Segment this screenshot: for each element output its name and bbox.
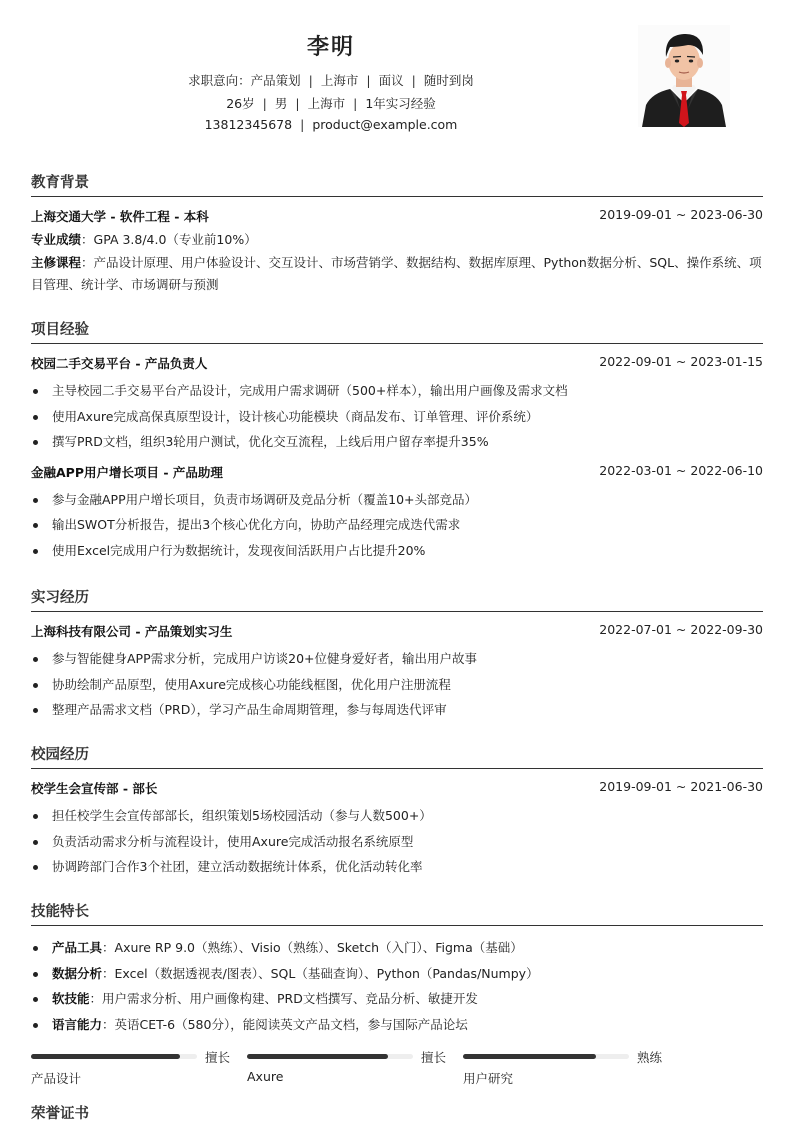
list-item: 数据分析：Excel（数据透视表/图表）、SQL（基础查询）、Python（Pa… (31, 961, 763, 987)
section-title-education: 教育背景 (31, 173, 763, 197)
list-item: 担任校学生会宣传部部长，组织策划5场校园活动（参与人数500+） (31, 803, 763, 829)
avatar (638, 25, 730, 127)
skill-label: 语言能力 (52, 1017, 102, 1032)
campus-entry-head: 校学生会宣传部 - 部长 2019-09-01 ~ 2021-06-30 (31, 779, 763, 799)
list-item: 输出SWOT分析报告，提出3个核心优化方向，协助产品经理完成迭代需求 (31, 512, 763, 538)
project-date: 2022-09-01 ~ 2023-01-15 (599, 354, 763, 369)
internship-date: 2022-07-01 ~ 2022-09-30 (599, 622, 763, 637)
divider: | (366, 73, 370, 88)
divider: | (353, 96, 357, 111)
list-item: 协助绘制产品原型，使用Axure完成核心功能线框图，优化用户注册流程 (31, 672, 763, 698)
skill-bar-fill (247, 1054, 388, 1059)
contact-line: 13812345678|product@example.com (0, 117, 662, 132)
skill-bar-user-research: 熟练 用户研究 (463, 1049, 663, 1089)
list-item: 整理产品需求文档（PRD），学习产品生命周期管理，参与每周迭代评审 (31, 697, 763, 723)
campus-bullets: 担任校学生会宣传部部长，组织策划5场校园活动（参与人数500+） 负责活动需求分… (31, 803, 763, 880)
divider: | (412, 73, 416, 88)
section-title-campus: 校园经历 (31, 745, 763, 769)
phone: 13812345678 (205, 117, 292, 132)
courses-row: 主修课程：产品设计原理、用户体验设计、交互设计、市场营销学、数据结构、数据库原理… (31, 252, 763, 296)
section-title-projects: 项目经验 (31, 320, 763, 344)
skill-label: 数据分析 (52, 966, 102, 981)
list-item: 使用Axure完成高保真原型设计，设计核心功能模块（商品发布、订单管理、评价系统… (31, 404, 763, 430)
list-item: 主导校园二手交易平台产品设计，完成用户需求调研（500+样本），输出用户画像及需… (31, 378, 763, 404)
project-title: 校园二手交易平台 - 产品负责人 (31, 356, 207, 371)
education-entry-head: 上海交通大学 - 软件工程 - 本科 2019-09-01 ~ 2023-06-… (31, 207, 763, 227)
list-item: 使用Excel完成用户行为数据统计，发现夜间活跃用户占比提升20% (31, 538, 763, 564)
city: 上海市 (308, 96, 346, 111)
school-title: 上海交通大学 - 软件工程 - 本科 (31, 209, 209, 224)
project-date: 2022-03-01 ~ 2022-06-10 (599, 463, 763, 478)
skill-bar-axure: 擅长 Axure (247, 1049, 447, 1089)
email[interactable]: product@example.com (312, 117, 457, 132)
skill-name: 用户研究 (463, 1069, 513, 1087)
skill-label: 软技能 (52, 991, 90, 1006)
skill-level: 擅长 (205, 1048, 230, 1066)
personal-info-line: 26岁|男|上海市|1年实习经验 (0, 94, 662, 112)
skill-value: ：Excel（数据透视表/图表）、SQL（基础查询）、Python（Pandas… (102, 966, 539, 981)
section-title-internship: 实习经历 (31, 588, 763, 612)
skill-bar-track (247, 1054, 413, 1059)
age: 26岁 (226, 96, 254, 111)
section-title-skills: 技能特长 (31, 902, 763, 926)
education-section: 教育背景 上海交通大学 - 软件工程 - 本科 2019-09-01 ~ 202… (31, 173, 763, 296)
job-intent-line: 求职意向：产品策划|上海市|面议|随时到岗 (0, 71, 662, 89)
avatar-photo-icon (638, 25, 730, 127)
section-title-honors: 荣誉证书 (31, 1104, 763, 1123)
skill-level: 擅长 (421, 1048, 446, 1066)
internship-section: 实习经历 上海科技有限公司 - 产品策划实习生 2022-07-01 ~ 202… (31, 588, 763, 723)
internship-bullets: 参与智能健身APP需求分析，完成用户访谈20+位健身爱好者，输出用户故事 协助绘… (31, 646, 763, 723)
gpa-label: 专业成绩 (31, 232, 81, 247)
intent-city: 上海市 (321, 73, 359, 88)
candidate-name: 李明 (0, 30, 662, 61)
project-title: 金融APP用户增长项目 - 产品助理 (31, 465, 223, 480)
intent-availability: 随时到岗 (424, 73, 474, 88)
list-item: 语言能力：英语CET-6（580分），能阅读英文产品文档，参与国际产品论坛 (31, 1012, 763, 1038)
campus-date: 2019-09-01 ~ 2021-06-30 (599, 779, 763, 794)
skills-bullets: 产品工具：Axure RP 9.0（熟练）、Visio（熟练）、Sketch（入… (31, 935, 763, 1037)
divider: | (300, 117, 304, 132)
skill-bar-product-design: 擅长 产品设计 (31, 1049, 231, 1089)
internship-entry-head: 上海科技有限公司 - 产品策划实习生 2022-07-01 ~ 2022-09-… (31, 622, 763, 642)
campus-title: 校学生会宣传部 - 部长 (31, 781, 157, 796)
resume-header: 李明 求职意向：产品策划|上海市|面议|随时到岗 26岁|男|上海市|1年实习经… (0, 0, 794, 150)
project-entry-head: 金融APP用户增长项目 - 产品助理 2022-03-01 ~ 2022-06-… (31, 463, 763, 483)
skill-bars: 擅长 产品设计 擅长 Axure 熟练 用户研究 (31, 1049, 763, 1089)
education-date: 2019-09-01 ~ 2023-06-30 (599, 207, 763, 222)
skill-bar-fill (463, 1054, 596, 1059)
intent-salary: 面议 (379, 73, 404, 88)
skill-label: 产品工具 (52, 940, 102, 955)
skill-bar-track (463, 1054, 629, 1059)
list-item: 协调跨部门合作3个社团，建立活动数据统计体系，优化活动转化率 (31, 854, 763, 880)
skills-section: 技能特长 产品工具：Axure RP 9.0（熟练）、Visio（熟练）、Ske… (31, 902, 763, 1037)
courses-value: ：产品设计原理、用户体验设计、交互设计、市场营销学、数据结构、数据库原理、Pyt… (31, 255, 762, 292)
skill-bar-track (31, 1054, 197, 1059)
project-entry-head: 校园二手交易平台 - 产品负责人 2022-09-01 ~ 2023-01-15 (31, 354, 763, 374)
internship-title: 上海科技有限公司 - 产品策划实习生 (31, 624, 232, 639)
experience: 1年实习经验 (365, 96, 435, 111)
gpa-value: ：GPA 3.8/4.0（专业前10%） (81, 232, 257, 247)
skill-name: Axure (247, 1069, 283, 1084)
divider: | (309, 73, 313, 88)
skill-value: ：用户需求分析、用户画像构建、PRD文档撰写、竞品分析、敏捷开发 (90, 991, 478, 1006)
list-item: 产品工具：Axure RP 9.0（熟练）、Visio（熟练）、Sketch（入… (31, 935, 763, 961)
list-item: 软技能：用户需求分析、用户画像构建、PRD文档撰写、竞品分析、敏捷开发 (31, 986, 763, 1012)
list-item: 参与金融APP用户增长项目，负责市场调研及竞品分析（覆盖10+头部竞品） (31, 487, 763, 513)
courses-label: 主修课程 (31, 255, 81, 270)
divider: | (263, 96, 267, 111)
project-bullets: 参与金融APP用户增长项目，负责市场调研及竞品分析（覆盖10+头部竞品） 输出S… (31, 487, 763, 564)
list-item: 参与智能健身APP需求分析，完成用户访谈20+位健身爱好者，输出用户故事 (31, 646, 763, 672)
job-intent: 求职意向：产品策划 (188, 73, 301, 88)
skill-bar-fill (31, 1054, 180, 1059)
honors-section: 荣誉证书 (31, 1104, 763, 1123)
skill-name: 产品设计 (31, 1069, 81, 1087)
divider: | (295, 96, 299, 111)
skill-level: 熟练 (637, 1048, 662, 1066)
gpa-row: 专业成绩：GPA 3.8/4.0（专业前10%） (31, 230, 763, 250)
list-item: 撰写PRD文档，组织3轮用户测试，优化交互流程，上线后用户留存率提升35% (31, 429, 763, 455)
campus-section: 校园经历 校学生会宣传部 - 部长 2019-09-01 ~ 2021-06-3… (31, 745, 763, 880)
list-item: 负责活动需求分析与流程设计，使用Axure完成活动报名系统原型 (31, 829, 763, 855)
skill-value: ：Axure RP 9.0（熟练）、Visio（熟练）、Sketch（入门）、F… (102, 940, 523, 955)
skill-value: ：英语CET-6（580分），能阅读英文产品文档，参与国际产品论坛 (102, 1017, 468, 1032)
gender: 男 (275, 96, 288, 111)
project-bullets: 主导校园二手交易平台产品设计，完成用户需求调研（500+样本），输出用户画像及需… (31, 378, 763, 455)
projects-section: 项目经验 校园二手交易平台 - 产品负责人 2022-09-01 ~ 2023-… (31, 320, 763, 563)
